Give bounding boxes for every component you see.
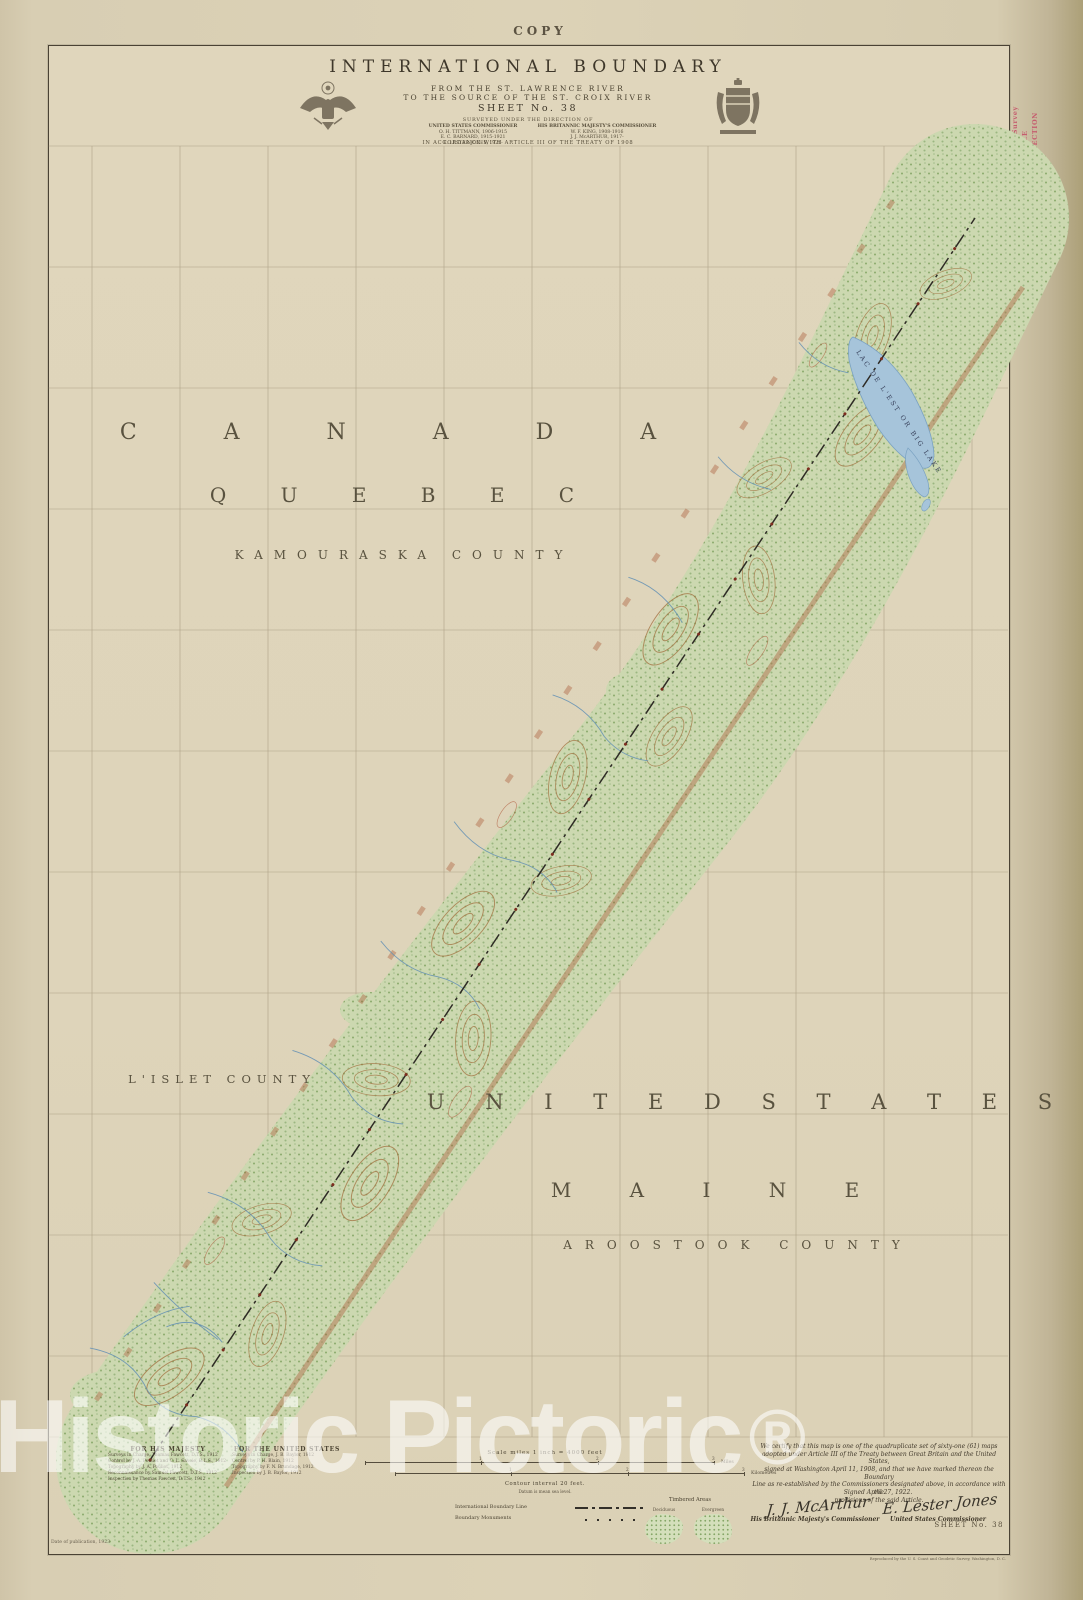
credits-left-title: FOR HIS MAJESTY [108, 1446, 228, 1453]
scale-num: 3 [712, 1456, 715, 1461]
label-kamouraska-county: KAMOURASKA COUNTY [235, 548, 574, 562]
evergreen-label: Evergreen [702, 1507, 724, 1512]
scale-bar-km: 1 2 3 Kilometres [395, 1473, 745, 1476]
treaty-note: IN ACCORDANCE WITH ARTICLE III OF THE TR… [422, 140, 633, 146]
credit-line: Inspection by J. B. Baylor, 1912 [232, 1471, 342, 1477]
credit-line: Control by J. A. Pouliot and C. L. Savoi… [108, 1459, 228, 1465]
legend-boundary-symbol [575, 1507, 647, 1509]
scale-bar-miles: 1 2 3 Miles [365, 1462, 715, 1465]
brit-commissioner-block: HIS BRITANNIC MAJESTY'S COMMISSIONER W. … [512, 124, 682, 141]
timbered-areas-title: Timbered Areas [669, 1497, 711, 1503]
contour-interval: Contour interval 20 feet. [505, 1481, 585, 1487]
map-title: INTERNATIONAL BOUNDARY [329, 57, 727, 77]
us-eagle-emblem [296, 78, 360, 144]
credits-united-states: FOR THE UNITED STATES Surveys in Charge,… [232, 1446, 342, 1477]
caption-britannic-commissioner: His Britannic Majesty's Commissioner [751, 1516, 880, 1523]
map-sheet-page: COPY U. S. Coast & Geodetic Survey PERMA… [0, 0, 1083, 1600]
scale-num: 1 [479, 1456, 482, 1461]
scale-num: 2 [626, 1467, 629, 1472]
map-subtitle-2: TO THE SOURCE OF THE ST. CROIX RIVER [403, 93, 652, 102]
label-united-states: U N I T E D S T A T E S [427, 1090, 1069, 1114]
scale-num: 3 [742, 1467, 745, 1472]
legend-boundary-label: International Boundary Line [455, 1504, 527, 1510]
printer-note: Reproduced by the U. S. Coast and Geodet… [870, 1556, 1006, 1561]
label-quebec: Q U E B E C [210, 483, 598, 507]
evergreen-patch [694, 1514, 732, 1544]
label-canada: C A N A D A [120, 420, 696, 445]
cert-line: We certify that this map is one of the q… [752, 1443, 1006, 1451]
credit-line: Reconnaissance by Samuel Fawcett, D.T.S.… [108, 1471, 228, 1477]
map-canvas: LAC DE L'EST OR BIG LAKE [0, 0, 1083, 1600]
publication-note: Date of publication, 1923 [51, 1540, 110, 1545]
deciduous-label: Deciduous [653, 1507, 675, 1512]
map-subtitle-1: FROM THE ST. LAWRENCE RIVER [431, 84, 625, 93]
scale-num: 2 [596, 1456, 599, 1461]
credit-line: Inspection by Thomas Fawcett, D.T.S., 19… [108, 1477, 228, 1483]
surveyed-under: SURVEYED UNDER THE DIRECTION OF [463, 117, 594, 123]
label-lislet-county: L'ISLET COUNTY [128, 1072, 316, 1086]
legend-monuments-label: Boundary Monuments [455, 1515, 511, 1521]
legend-monuments-symbol [575, 1519, 639, 1521]
scale-num: 1 [509, 1467, 512, 1472]
scale-miles-label: Miles [721, 1460, 734, 1465]
credits-his-majesty: FOR HIS MAJESTY Surveys in Charge, Thoma… [108, 1446, 228, 1483]
scale-statement: Scale miles 1 inch = 4000 feet [487, 1450, 602, 1456]
cert-line: adopted under Article III of the Treaty … [752, 1451, 1006, 1466]
terrain-band [70, 218, 975, 1460]
label-maine: M A I N E [551, 1178, 885, 1202]
label-aroostook-county: AROOSTOOK COUNTY [563, 1238, 913, 1252]
sheet-title: SHEET No. 38 [478, 103, 578, 114]
cert-line: signed at Washington April 11, 1908, and… [752, 1466, 1006, 1481]
royal-arms-emblem [708, 78, 768, 144]
sheet-number: SHEET No. 38 [934, 1521, 1004, 1529]
datum-note: Datum is mean sea level. [518, 1489, 571, 1494]
credits-right-title: FOR THE UNITED STATES [232, 1446, 342, 1453]
